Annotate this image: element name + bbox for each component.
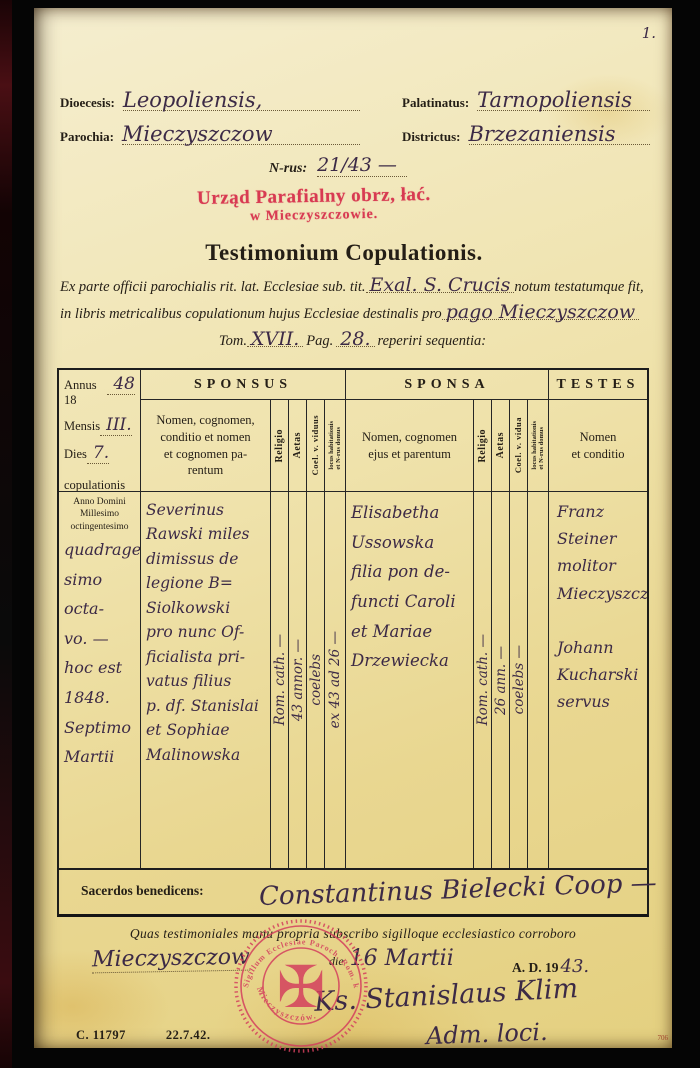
sacerdos-label: Sacerdos benedicens: bbox=[59, 883, 204, 899]
intro-line1: Ex parte officii parochialis rit. lat. E… bbox=[60, 278, 648, 296]
dies-value: 7. bbox=[87, 443, 109, 464]
sponsa-aetas-header: Aetas bbox=[492, 400, 510, 492]
sacerdos-signature: Constantinus Bielecki Coop — bbox=[203, 868, 656, 914]
field-parochia: Parochia: Mieczyszczow bbox=[60, 124, 360, 145]
sacerdos-row: Sacerdos benedicens: Constantinus Bielec… bbox=[57, 868, 649, 917]
intro-line2-pre: in libris metricalibus copulationum huju… bbox=[60, 306, 442, 323]
field-nrus: N-rus: 21/43 — bbox=[269, 154, 407, 177]
page-corner-mark: 1. bbox=[642, 24, 656, 42]
mensis-label: Mensis bbox=[64, 419, 100, 434]
pag-label: Pag. bbox=[303, 333, 336, 350]
sponsa-aetas-entry: 26 ann. — bbox=[492, 492, 510, 868]
intro-line3-post: reperiri sequentia: bbox=[375, 333, 490, 350]
sponsa-religio-entry: Rom. cath. — bbox=[474, 492, 492, 868]
edge-number: 706 bbox=[658, 1034, 669, 1042]
sponsa-coel-entry: coelebs — bbox=[510, 492, 528, 868]
dies-line: Dies 7. bbox=[64, 443, 135, 464]
priest-title-signature: Adm. loci. bbox=[426, 1018, 548, 1050]
print-date: 22.7.42. bbox=[126, 1028, 211, 1043]
palatinatus-value: Tarnopoliensis bbox=[477, 90, 650, 111]
sponsus-title: SPONSUS bbox=[141, 370, 346, 400]
field-dioecesis: Dioecesis: Leopoliensis, bbox=[60, 90, 360, 111]
sponsus-locus-entry: ex 43 ad 26 — bbox=[325, 492, 346, 868]
sponsus-coel-entry: coelebs bbox=[307, 492, 325, 868]
religio-label: Religio bbox=[477, 429, 488, 463]
religio-value: Rom. cath. — bbox=[272, 634, 288, 726]
record-table: Annus 18 48 Mensis III. Dies 7. copulati… bbox=[57, 368, 649, 870]
religio-label: Religio bbox=[274, 429, 285, 463]
sponsa-locus-entry bbox=[528, 492, 549, 868]
districtus-label: Districtus: bbox=[402, 129, 469, 145]
sponsus-locus-header: locus habitationis et N-rus domus bbox=[325, 400, 346, 492]
sponsus-aetas-header: Aetas bbox=[289, 400, 307, 492]
cross-icon: ✠ bbox=[277, 955, 326, 1020]
locus-label: locus habitationis et N-rus domus bbox=[531, 421, 545, 470]
sponsa-title: SPONSA bbox=[346, 370, 549, 400]
certificate-page: 1. Dioecesis: Leopoliensis, Parochia: Mi… bbox=[34, 8, 672, 1048]
pag-value: 28. bbox=[336, 332, 374, 347]
sponsus-religio-entry: Rom. cath. — bbox=[271, 492, 289, 868]
mensis-line: Mensis III. bbox=[64, 415, 135, 436]
aetas-value: 26 ann. — bbox=[493, 646, 509, 715]
aetas-label: Aetas bbox=[292, 432, 303, 458]
print-code: C. 11797 bbox=[76, 1028, 126, 1043]
coel-value: coelebs — bbox=[511, 645, 527, 714]
copulationis-label: copulationis bbox=[64, 478, 135, 492]
religio-value: Rom. cath. — bbox=[475, 634, 491, 726]
nrus-value: 21/43 — bbox=[317, 154, 407, 177]
field-palatinatus: Palatinatus: Tarnopoliensis bbox=[402, 90, 650, 111]
annus-label: Annus 18 bbox=[64, 378, 107, 408]
sponsus-name-header: Nomen, cognomen, conditio et nomen et co… bbox=[141, 400, 271, 492]
date-header-cell: Annus 18 48 Mensis III. Dies 7. copulati… bbox=[59, 370, 141, 492]
aetas-value: 43 annor. — bbox=[290, 639, 306, 721]
field-districtus: Districtus: Brzezaniensis bbox=[402, 124, 650, 145]
locus-label: locus habitationis et N-rus domus bbox=[328, 421, 342, 470]
intro-line2-handwriting: pago Mieczyszczow bbox=[442, 305, 639, 320]
sponsus-religio-header: Religio bbox=[271, 400, 289, 492]
parish-office-stamp: Urząd Parafialny obrz, łać. w Mieczyszcz… bbox=[144, 183, 485, 227]
sponsa-locus-header: locus habitationis et N-rus domus bbox=[528, 400, 549, 492]
tom-label: Tom. bbox=[219, 333, 247, 350]
tom-value: XVII. bbox=[247, 332, 303, 347]
coel-label: Coel. v. vidua bbox=[514, 417, 523, 473]
document-title: Testimonium Copulationis. bbox=[34, 240, 654, 266]
sponsa-entry: Elisabetha Ussowska filia pon de- functi… bbox=[346, 492, 474, 868]
intro-paragraph: Ex parte officii parochialis rit. lat. E… bbox=[60, 278, 648, 359]
locus-value: ex 43 ad 26 — bbox=[327, 631, 343, 728]
palatinatus-label: Palatinatus: bbox=[402, 95, 477, 111]
districtus-value: Brzezaniensis bbox=[469, 124, 651, 145]
sponsa-religio-header: Religio bbox=[474, 400, 492, 492]
intro-line1-post: notum testatumque fit, bbox=[514, 279, 643, 296]
coel-label: Coel. v. viduus bbox=[311, 415, 320, 475]
sponsa-name-header: Nomen, cognomen ejus et parentum bbox=[346, 400, 474, 492]
date-entry-cell: Anno Domini Millesimo octingentesimo qua… bbox=[59, 492, 141, 868]
church-seal: Sigillum Ecclesiae Paroch. Rom. kat. Mie… bbox=[231, 914, 371, 1056]
annus-value: 48 bbox=[107, 374, 135, 395]
sponsus-coel-header: Coel. v. viduus bbox=[307, 400, 325, 492]
intro-line1-handwriting: Exal. S. Crucis bbox=[366, 278, 515, 293]
coel-value: coelebs bbox=[308, 654, 324, 706]
dioecesis-label: Dioecesis: bbox=[60, 95, 123, 111]
testes-title: TESTES bbox=[549, 370, 647, 400]
sponsus-aetas-entry: 43 annor. — bbox=[289, 492, 307, 868]
testes-name-header: Nomen et conditio bbox=[549, 400, 647, 492]
print-footer: C. 11797 22.7.42. bbox=[76, 1028, 210, 1043]
dioecesis-value: Leopoliensis, bbox=[123, 90, 360, 111]
closing-place: Mieczyszczow bbox=[92, 945, 250, 974]
parochia-label: Parochia: bbox=[60, 129, 122, 145]
intro-line1-pre: Ex parte officii parochialis rit. lat. E… bbox=[60, 279, 366, 296]
testes-entry: Franz Steiner molitor Mieczyszczow Johan… bbox=[549, 492, 647, 868]
date-printed-text: Anno Domini Millesimo octingentesimo bbox=[62, 496, 137, 533]
date-handwriting: quadrage- simo octa- vo. — hoc est 1848.… bbox=[62, 535, 137, 772]
mensis-value: III. bbox=[100, 415, 132, 436]
parochia-value: Mieczyszczow bbox=[122, 124, 360, 145]
aetas-label: Aetas bbox=[495, 432, 506, 458]
intro-line2: in libris metricalibus copulationum huju… bbox=[60, 305, 648, 323]
nrus-label: N-rus: bbox=[269, 161, 317, 177]
sponsus-entry: Severinus Rawski miles dimissus de legio… bbox=[141, 492, 271, 868]
intro-line3: Tom. XVII. Pag. 28. reperiri sequentia: bbox=[60, 332, 648, 350]
scan-edge bbox=[0, 0, 12, 1068]
sponsa-coel-header: Coel. v. vidua bbox=[510, 400, 528, 492]
dies-label: Dies bbox=[64, 447, 87, 462]
annus-line: Annus 18 48 bbox=[64, 374, 135, 408]
